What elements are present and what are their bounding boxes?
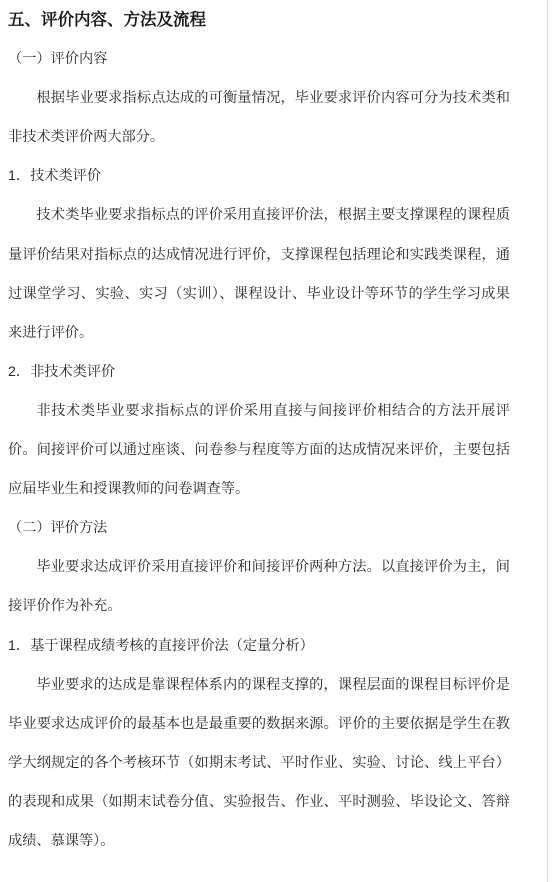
text-line: 毕业要求达成评价采用直接评价和间接评价两种方法。以直接评价为主，间: [8, 548, 510, 587]
text-line: 价。间接评价可以通过座谈、问卷参与程度等方面的达成情况来评价，主要包括: [8, 431, 510, 470]
text-line: 1．技术类评价: [8, 157, 510, 196]
text-line: 1．基于课程成绩考核的直接评价法（定量分析）: [8, 627, 510, 666]
text-line: 毕业要求的达成是靠课程体系内的课程支撑的，课程层面的课程目标评价是: [8, 666, 510, 705]
text-line: 根据毕业要求指标点达成的可衡量情况，毕业要求评价内容可分为技术类和: [8, 79, 510, 118]
text-line: 2．非技术类评价: [8, 353, 510, 392]
text-line: 非技术类毕业要求指标点的评价采用直接与间接评价相结合的方法开展评: [8, 392, 510, 431]
text-line: 的表现和成果（如期末试卷分值、实验报告、作业、平时测验、毕设论文、答辩: [8, 783, 510, 822]
text-line: 来进行评价。: [8, 314, 510, 353]
text-line: 成绩、慕课等）。: [8, 822, 510, 861]
document-content: 五、评价内容、方法及流程（一）评价内容根据毕业要求指标点达成的可衡量情况，毕业要…: [8, 1, 510, 861]
document-page: 五、评价内容、方法及流程（一）评价内容根据毕业要求指标点达成的可衡量情况，毕业要…: [0, 0, 554, 882]
text-line: 毕业要求达成评价的最基本也是最重要的数据来源。评价的主要依据是学生在教: [8, 705, 510, 744]
text-line: 量评价结果对指标点的达成情况进行评价，支撑课程包括理论和实践类课程，通: [8, 236, 510, 275]
page-right-edge-line: [547, 0, 548, 882]
text-line: （二）评价方法: [8, 509, 510, 548]
text-line: 接评价作为补充。: [8, 587, 510, 626]
text-line: 过课堂学习、实验、实习（实训）、课程设计、毕业设计等环节的学生学习成果: [8, 275, 510, 314]
text-line: 学大纲规定的各个考核环节（如期末考试、平时作业、实验、讨论、线上平台）: [8, 744, 510, 783]
text-line: 应届毕业生和授课教师的问卷调查等。: [8, 470, 510, 509]
document-title: 五、评价内容、方法及流程: [8, 1, 510, 40]
text-line: 技术类毕业要求指标点的评价采用直接评价法，根据主要支撑课程的课程质: [8, 196, 510, 235]
text-line: （一）评价内容: [8, 40, 510, 79]
text-line: 非技术类评价两大部分。: [8, 118, 510, 157]
